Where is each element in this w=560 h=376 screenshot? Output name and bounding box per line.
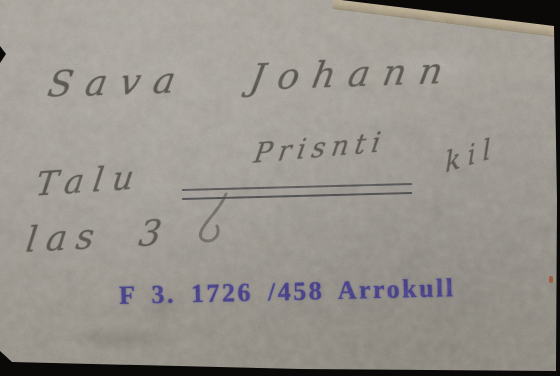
handwritten-word-tail: kil (445, 131, 498, 179)
scanned-archive-card: Sava Johann Prisnti kil Talu las 3 F 3. … (0, 0, 560, 376)
torn-paper-edge (332, 0, 560, 38)
handwritten-word-left: Talu (33, 157, 145, 204)
handwritten-name-line: Sava Johann (44, 51, 459, 107)
paper-smudge (58, 326, 188, 352)
pencil-loop-stroke (186, 192, 238, 244)
archival-ink-stamp: F 3. 1726 /458 Arrokull (119, 273, 456, 311)
paper-slip: Sava Johann Prisnti kil Talu las 3 F 3. … (0, 0, 560, 376)
handwritten-word-upper: Prisnti (252, 127, 389, 170)
red-fiber-speck (549, 276, 553, 283)
handwritten-count-line: las 3 (24, 213, 173, 261)
